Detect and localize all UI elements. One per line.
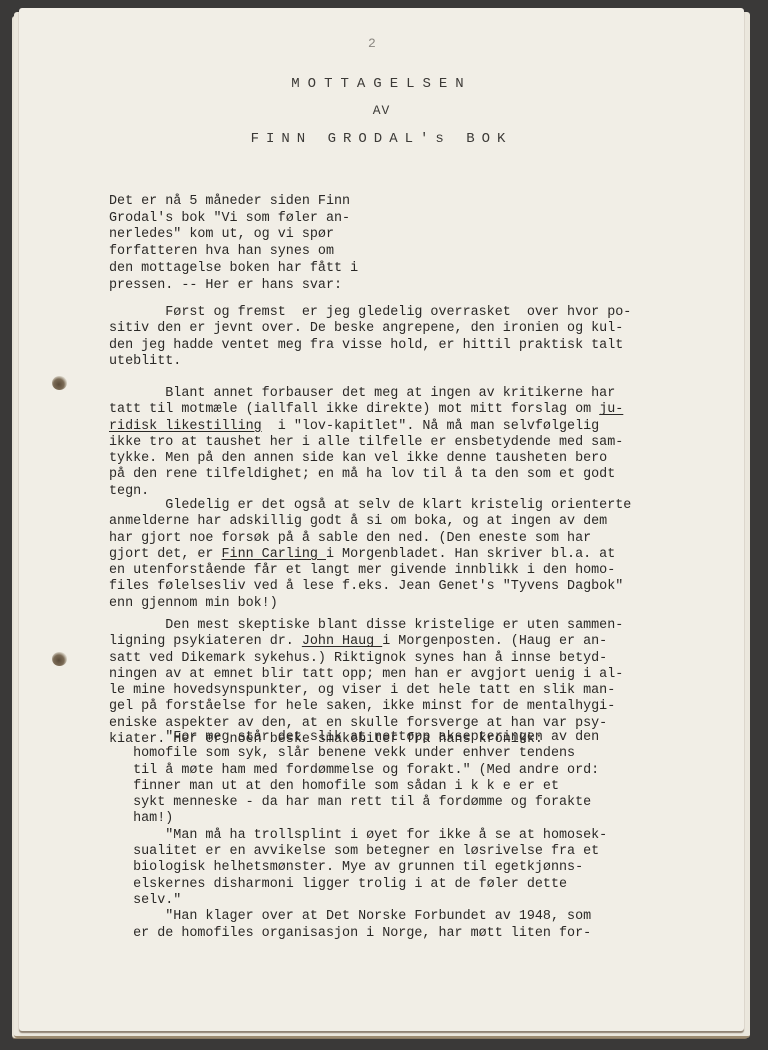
title-line-1: MOTTAGELSEN [19, 76, 744, 92]
punch-hole-icon [52, 376, 67, 390]
typewritten-page: 2 MOTTAGELSEN AV FINN GRODAL's BOK Det e… [19, 8, 744, 1031]
paragraph-1: Først og fremst er jeg gledelig overrask… [109, 305, 689, 370]
punch-hole-icon [52, 652, 67, 666]
underlined-name: Finn Carling [222, 547, 326, 562]
quoted-excerpts: "For meg står det slik at nettopp aksept… [109, 730, 689, 942]
paragraph-4: Den mest skeptiske blant disse kristelig… [109, 618, 689, 748]
underlined-term: ju- [599, 402, 623, 417]
page-number: 2 [368, 36, 377, 51]
underlined-name: John Haug [302, 634, 382, 649]
paragraph-2: Blant annet forbauser det meg at ingen a… [109, 386, 689, 500]
intro-paragraph: Det er nå 5 måneder siden Finn Grodal's … [109, 194, 409, 294]
title-line-2: AV [19, 103, 744, 118]
paragraph-3: Gledelig er det også at selv de klart kr… [109, 498, 689, 612]
title-line-3: FINN GRODAL's BOK [19, 131, 744, 147]
paragraph-2-text-a: Blant annet forbauser det meg at ingen a… [109, 386, 615, 417]
underlined-term: ridisk likestilling [109, 419, 262, 434]
